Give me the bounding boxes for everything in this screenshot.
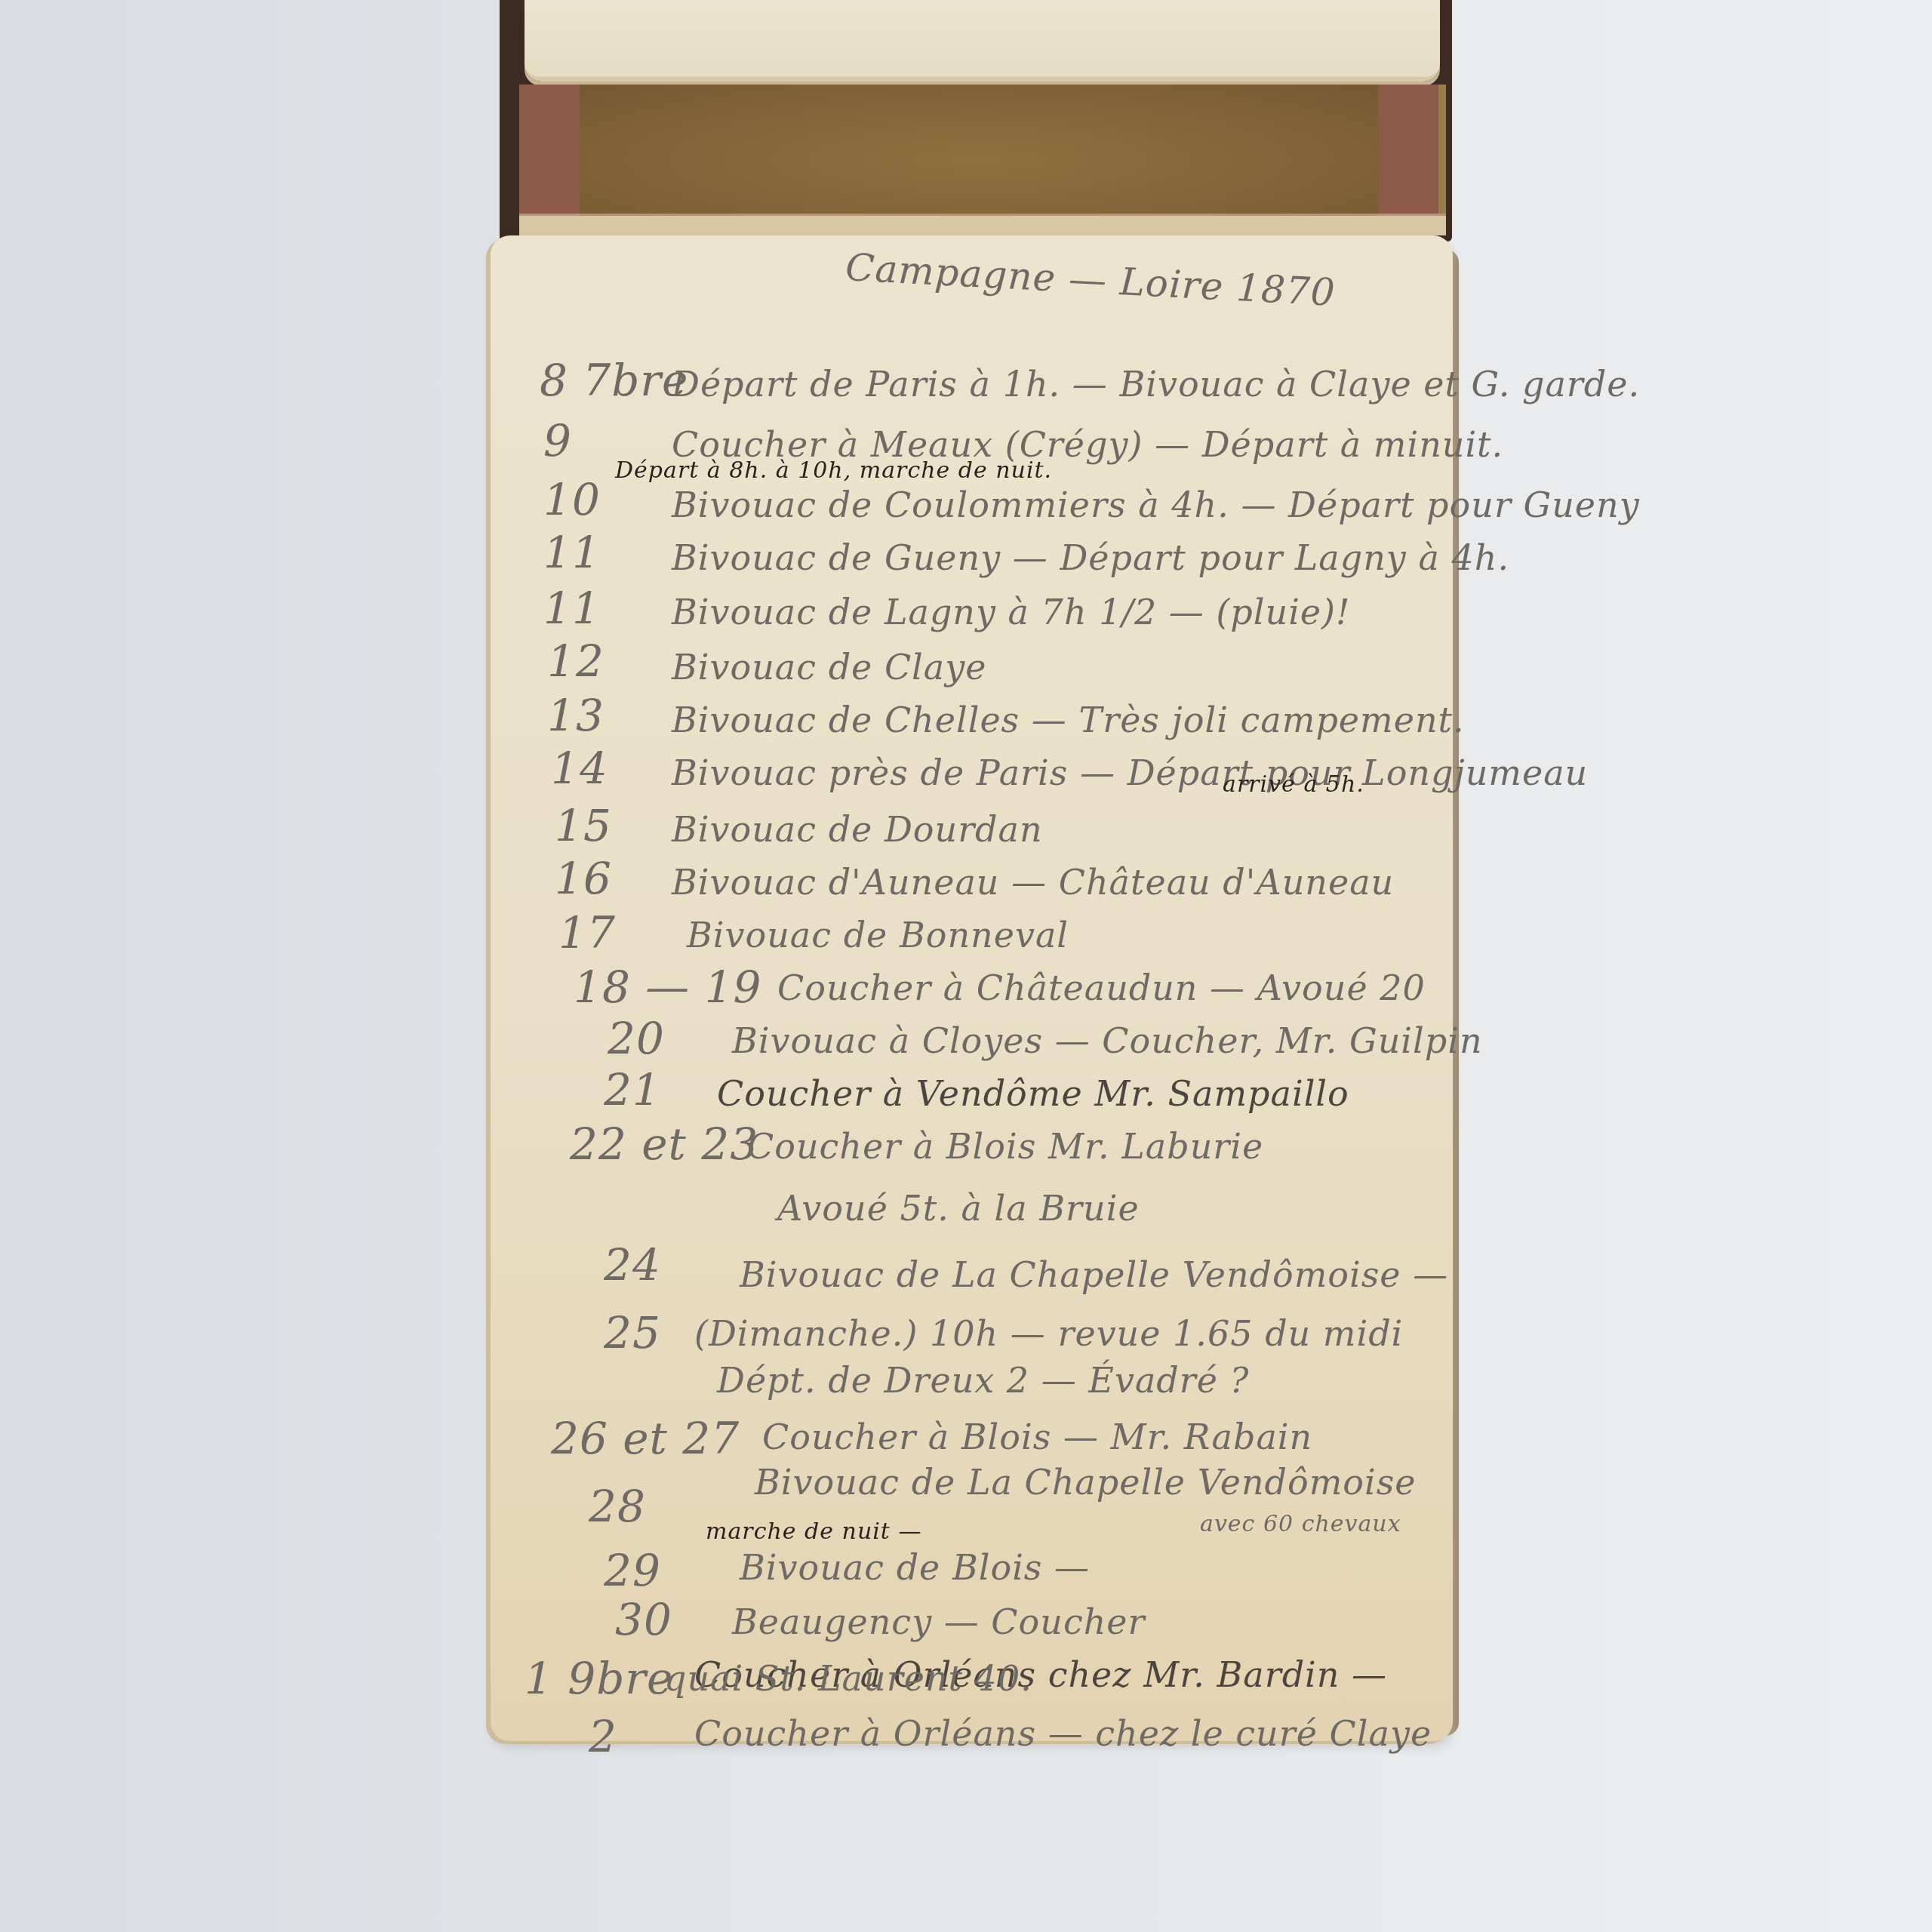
notebook-page: Campagne — Loire 1870 8 7bre Départ de P… [491, 235, 1453, 1741]
entry-day: 9 [543, 415, 572, 466]
entry-text: Coucher à Orléans — chez le curé Claye [694, 1713, 1432, 1754]
entry-day: 29 [604, 1545, 661, 1596]
entry-note: arrivé à 5h. [1223, 771, 1364, 798]
entry-text: Beaugency — Coucher [732, 1601, 1145, 1642]
entry-day: 12 [547, 635, 605, 687]
entry-text: quai St. Laurent 40. [664, 1658, 1032, 1699]
entry-day: 22 et 23 [570, 1118, 758, 1170]
previous-page-edge [525, 0, 1440, 82]
entry-text: Avoué 5t. à la Bruie [777, 1188, 1140, 1229]
entry-text: Départ de Paris à 1h. — Bivouac à Claye … [672, 364, 1640, 405]
entry-text: Bivouac de Chelles — Très joli campement… [672, 700, 1465, 740]
binding-strip-left [519, 85, 580, 235]
torn-page-stubs [519, 214, 1446, 235]
entry-text: Bivouac de Dourdan [672, 809, 1043, 850]
entry-text: Coucher à Châteaudun — Avoué 20 [777, 968, 1426, 1008]
entry-day: 15 [555, 800, 612, 851]
entry-note: Départ à 8h. à 10h, marche de nuit. [615, 457, 1052, 484]
entry-text: Bivouac de Bonneval [687, 915, 1069, 955]
notebook-inner-board [519, 85, 1446, 235]
entry-day: 10 [543, 474, 601, 525]
entry-text: Dépt. de Dreux 2 — Évadré ? [717, 1360, 1249, 1401]
page-heading: Campagne — Loire 1870 [844, 245, 1337, 315]
entry-text: Coucher à Blois — Mr. Rabain [762, 1417, 1312, 1457]
entry-day: 28 [589, 1481, 646, 1532]
entry-day: 11 [543, 527, 601, 578]
entry-day: 1 9bre [525, 1653, 673, 1704]
entry-text: Coucher à Blois Mr. Laburie [747, 1126, 1263, 1167]
entry-note: marche de nuit — [706, 1518, 921, 1545]
entry-day: 20 [608, 1013, 665, 1064]
entry-text: Bivouac à Cloyes — Coucher, Mr. Guilpin [732, 1020, 1483, 1061]
entry-day: 18 — 19 [574, 961, 761, 1013]
entry-text: Bivouac d'Auneau — Château d'Auneau [672, 862, 1394, 903]
entry-text: Bivouac près de Paris — Départ pour Long… [672, 752, 1588, 793]
entry-text: Bivouac de Lagny à 7h 1/2 — (pluie)! [672, 592, 1351, 632]
entry-day: 2 [589, 1711, 617, 1762]
entry-text: Bivouac de Claye [672, 647, 986, 688]
entry-text: Bivouac de La Chapelle Vendômoise [755, 1462, 1417, 1503]
entry-text: (Dimanche.) 10h — revue 1.65 du midi [694, 1313, 1403, 1354]
entry-text: Bivouac de Gueny — Départ pour Lagny à 4… [672, 537, 1509, 578]
entry-text: Coucher à Vendôme Mr. Sampaillo [717, 1073, 1349, 1114]
entry-day: 17 [558, 907, 616, 958]
entry-note: avec 60 chevaux [1200, 1511, 1401, 1537]
entry-day: 13 [547, 690, 605, 741]
entry-day: 14 [551, 743, 608, 794]
entry-day: 8 7bre [540, 355, 688, 406]
board-felt [580, 85, 1378, 235]
entry-day: 26 et 27 [551, 1413, 740, 1464]
entry-day: 21 [604, 1064, 661, 1115]
entry-day: 11 [543, 583, 601, 634]
entry-day: 25 [604, 1307, 661, 1358]
entry-day: 30 [615, 1594, 672, 1645]
entry-text: Bivouac de Coulommiers à 4h. — Départ po… [672, 485, 1640, 525]
entry-text: Bivouac de Blois — [740, 1547, 1090, 1588]
binding-strip-right [1378, 85, 1438, 235]
entry-day: 16 [555, 853, 612, 904]
entry-text: Bivouac de La Chapelle Vendômoise — [740, 1254, 1448, 1295]
entry-day: 24 [604, 1239, 661, 1291]
